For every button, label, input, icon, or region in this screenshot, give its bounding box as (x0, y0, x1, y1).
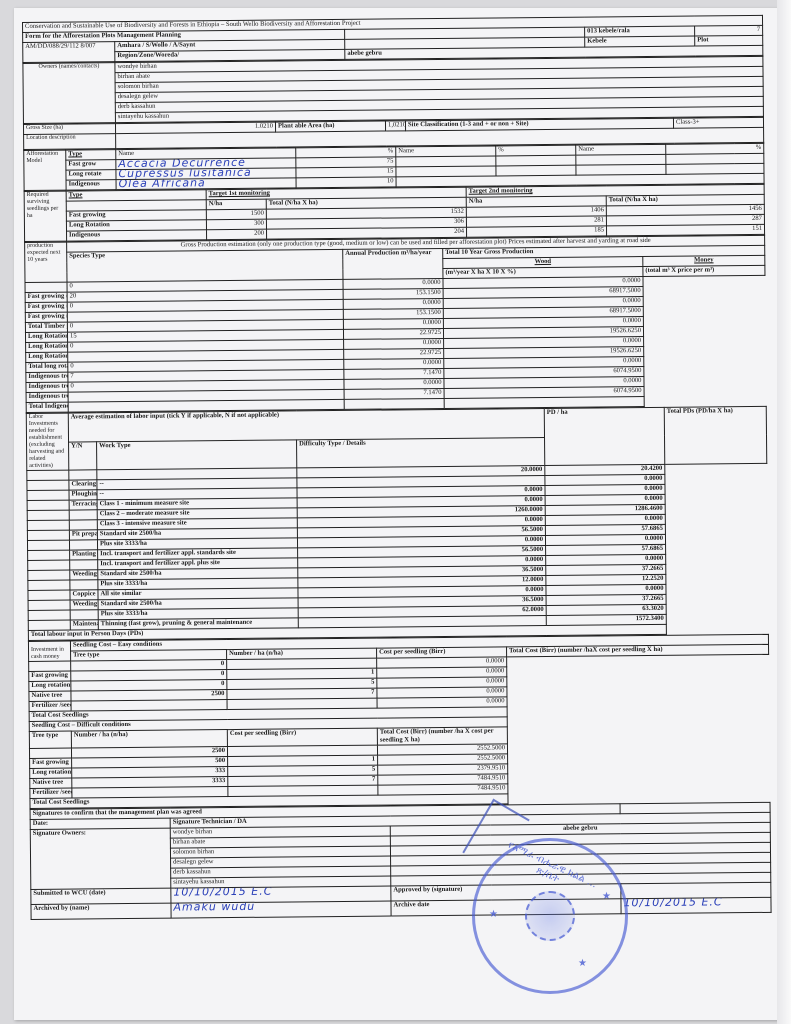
header-table: Conservation and Sustainable Use of Biod… (22, 15, 763, 63)
yn-cell (27, 500, 69, 510)
archived-label: Archived by (name) (31, 903, 171, 919)
afforestation-model-label: Afforestation Model (24, 150, 66, 190)
owners-table: Owners (names/contacts) wondye birhan bi… (22, 56, 764, 124)
required-seedlings-table: Required surviving seedlings per ha Type… (24, 184, 765, 242)
model-type: Long rotate (66, 170, 116, 180)
plot-label: Plot (695, 35, 763, 46)
species-type: Long Rotation (low) (26, 352, 68, 362)
labor-total-header: Total PDs (PD/ha X ha) (664, 406, 767, 464)
tree-type: Fertilizer /seedling (29, 701, 71, 711)
work-type: Ploughing (69, 490, 97, 500)
species-type: Fast growing (medium) (25, 302, 67, 312)
production-table: production expected next 10 years Gross … (24, 235, 767, 413)
difficult-total-header: Total Cost (Birr) (number /ha X cost per… (377, 727, 507, 745)
species-type: Long Rotation (good) (25, 332, 67, 342)
afforestation-model-table: Afforestation Model Type Name % Name % N… (23, 143, 764, 191)
yn-cell (27, 480, 69, 490)
investment-label: Investment in cash money (28, 641, 70, 661)
investment-table: Investment in cash money Seedling Cost –… (28, 634, 771, 809)
work-type (69, 510, 97, 520)
money-sub: (total m³ X price per m³) (643, 265, 765, 276)
species-type: Indigenous trees (good) (26, 372, 68, 382)
yn-cell (27, 490, 69, 500)
species-type: Fast growing (good) (25, 292, 67, 302)
archive-date-value: 10/10/2015 E.C (621, 897, 771, 913)
stamp-emblem-icon (525, 891, 575, 941)
nha-header-1: N/ha (206, 199, 266, 210)
plantable-value: 1,0210 (385, 121, 405, 131)
yn-cell (27, 510, 69, 520)
species-type: Total long rotate wood stocks 10 years (26, 362, 68, 372)
archived-value: Amaku wudu (171, 901, 391, 918)
star-icon: ★ (578, 958, 587, 969)
official-stamp: የአማራ ብሔራዊ ክልል ... ጽ/ቤት ★ ★ ★ (472, 838, 628, 994)
yn-cell (27, 530, 69, 540)
seedling-n1: 200 (207, 229, 267, 240)
species-type: Indigenous trees (low) (26, 392, 68, 402)
species-type: Fast growing (low) (25, 312, 67, 322)
model-type: Indigenous (66, 180, 116, 190)
required-seedlings-label: Required surviving seedlings per ha (24, 191, 66, 241)
star-icon: ★ (489, 909, 498, 920)
tree-type: Fertilizer /seedling (30, 788, 72, 798)
tree-type: Long rotation (30, 768, 72, 778)
work-type (70, 610, 98, 620)
plan-id: AM/DD/088/29/112 8/007 (23, 42, 115, 63)
star-icon: ★ (602, 891, 611, 902)
tree-type: Native tree (29, 691, 71, 701)
difficult-number-header: Number / ha (n/ha) (71, 730, 227, 748)
yn-cell (27, 540, 69, 550)
paper-edge (777, 0, 791, 1024)
model-pct: 10 (296, 177, 396, 188)
owners-label: Owners (names/contacts) (23, 63, 116, 124)
work-type: Clearing (69, 480, 97, 490)
difficult-cost-header: Cost per seedling (Birr) (227, 728, 377, 746)
plot-number: 7 (695, 25, 763, 36)
tree-type: Native tree (30, 778, 72, 788)
yn-cell (28, 610, 70, 620)
tree-type: Long rotation (29, 681, 71, 691)
yn-cell (28, 570, 70, 580)
production-label: production expected next 10 years (25, 242, 67, 282)
species-header: Species Type (67, 249, 343, 282)
management-plan-form: Conservation and Sustainable Use of Biod… (22, 15, 771, 920)
seedling-n1: 1500 (206, 209, 266, 220)
location-label: Location description (24, 134, 116, 150)
difficulty-header: Difficulty Type / Details (297, 437, 545, 468)
model-type: Fast grow (66, 160, 116, 170)
seedling-type: Indigenous (67, 230, 207, 241)
species-type: Indigenous trees (medium) (26, 382, 68, 392)
work-type: Planting (70, 550, 98, 560)
work-type: Pit preparation (69, 530, 97, 540)
easy-total-header: Total Cost (Birr) (number /haX cost per … (507, 644, 769, 657)
yn-cell (28, 590, 70, 600)
yn-cell (28, 600, 70, 610)
yn-cell (28, 580, 70, 590)
tree-type (29, 661, 71, 671)
yn-cell (27, 520, 69, 530)
work-type (69, 540, 97, 550)
signatures-table: Signatures to confirm that the managemen… (30, 802, 772, 920)
work-type (70, 580, 98, 590)
work-type (70, 560, 98, 570)
species-type (25, 282, 67, 292)
yn-cell (27, 470, 69, 480)
labor-table: Labor Investments needed for establishme… (26, 406, 769, 641)
yn-cell (28, 550, 70, 560)
yn-header: Y/N (69, 441, 97, 470)
species-type: Long Rotation (medium) (26, 342, 68, 352)
owners-signature-label: Signature Owners: (30, 828, 171, 889)
seedling-n1: 300 (206, 219, 266, 230)
seedling-n2: 185 (467, 226, 607, 237)
type-header: Type (66, 150, 116, 160)
yn-cell (28, 560, 70, 570)
wood-volume (344, 398, 444, 409)
difficult-tree-header: Tree type (29, 731, 71, 748)
tree-type: Fast growing (29, 671, 71, 681)
work-type: Maintenance (70, 620, 98, 630)
submitted-label: Submitted to WCU (date) (31, 888, 171, 904)
work-type (69, 470, 97, 480)
work-type: Weeding year 1 (70, 570, 98, 580)
labor-title: Average estimation of labor input (tick … (68, 409, 544, 442)
tree-type: Fast growing (30, 758, 72, 768)
work-type: Coppice management (70, 590, 98, 600)
species-type: Total Indigenous wood stocks 10 years (26, 402, 68, 412)
labor-label: Labor Investments needed for establishme… (26, 413, 69, 470)
species-type: Total Timber production after 10 years (25, 322, 67, 332)
work-type: Weeding year 1-5 (70, 600, 98, 610)
work-type-header: Work Type (97, 439, 297, 469)
annual-header: Annual Production m³/ha/year (343, 248, 443, 279)
work-type (69, 520, 97, 530)
pd-header: PD / ha (544, 407, 665, 465)
yn-cell (28, 620, 70, 630)
work-type: Terracing, Water harvesting (69, 500, 97, 510)
tree-type (29, 748, 71, 758)
